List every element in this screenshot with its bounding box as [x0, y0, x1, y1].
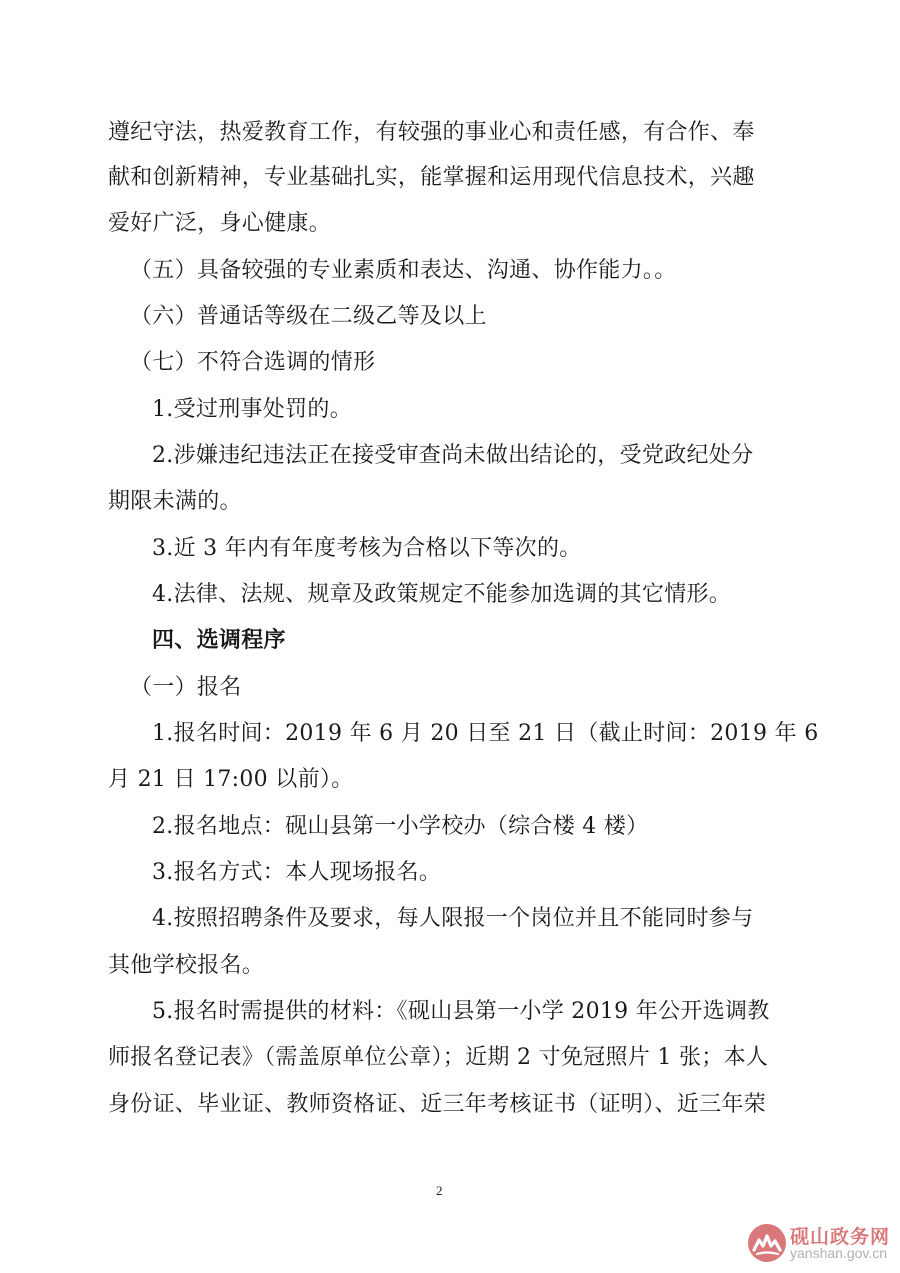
text-line: 爱好广泛，身心健康。 [108, 211, 331, 237]
text-line: 5.报名时需提供的材料：《砚山县第一小学 2019 年公开选调教 [152, 999, 770, 1025]
text-line: 1.受过刑事处罚的。 [152, 397, 352, 423]
text-line: 2.报名地点：砚山县第一小学校办（综合楼 4 楼） [152, 814, 648, 840]
mountain-glyph-icon [748, 1224, 786, 1262]
text-line: 1.报名时间：2019 年 6 月 20 日至 21 日（截止时间：2019 年… [152, 721, 819, 747]
text-line: 2.涉嫌违纪违法正在接受审查尚未做出结论的，受党政纪处分 [152, 443, 753, 469]
text-line: 身份证、毕业证、教师资格证、近三年考核证书（证明）、近三年荣 [108, 1092, 766, 1118]
text-line: 月 21 日 17:00 以前）。 [108, 767, 353, 793]
text-line: （六）普通话等级在二级乙等及以上 [130, 304, 487, 330]
text-line: 其他学校报名。 [108, 953, 264, 979]
text-line: （五）具备较强的专业素质和表达、沟通、协作能力。。 [130, 258, 677, 284]
section-heading: 四、选调程序 [152, 628, 286, 654]
text-line: 3.近 3 年内有年度考核为合格以下等次的。 [152, 536, 582, 562]
site-domain: yanshan.gov.cn [790, 1245, 887, 1261]
page-number: 2 [436, 1183, 443, 1199]
text-line: 期限未满的。 [108, 489, 242, 515]
site-watermark-logo: 砚山政务网 yanshan.gov.cn [748, 1222, 898, 1266]
text-line: 4.按照招聘条件及要求，每人限报一个岗位并且不能同时参与 [152, 906, 753, 932]
document-page: 遵纪守法，热爱教育工作，有较强的事业心和责任感，有合作、奉献和创新精神，专业基础… [0, 0, 900, 1273]
text-line: 3.报名方式：本人现场报名。 [152, 860, 441, 886]
text-line: 遵纪守法，热爱教育工作，有较强的事业心和责任感，有合作、奉 [108, 120, 755, 146]
text-line: 4.法律、法规、规章及政策规定不能参加选调的其它情形。 [152, 582, 731, 608]
text-line: 献和创新精神，专业基础扎实，能掌握和运用现代信息技术，兴趣 [108, 165, 755, 191]
text-line: 师报名登记表》（需盖原单位公章）；近期 2 寸免冠照片 1 张；本人 [108, 1045, 768, 1071]
text-line: （七）不符合选调的情形 [130, 350, 375, 376]
text-line: （一）报名 [130, 675, 242, 701]
mountain-logo-icon [748, 1224, 786, 1262]
